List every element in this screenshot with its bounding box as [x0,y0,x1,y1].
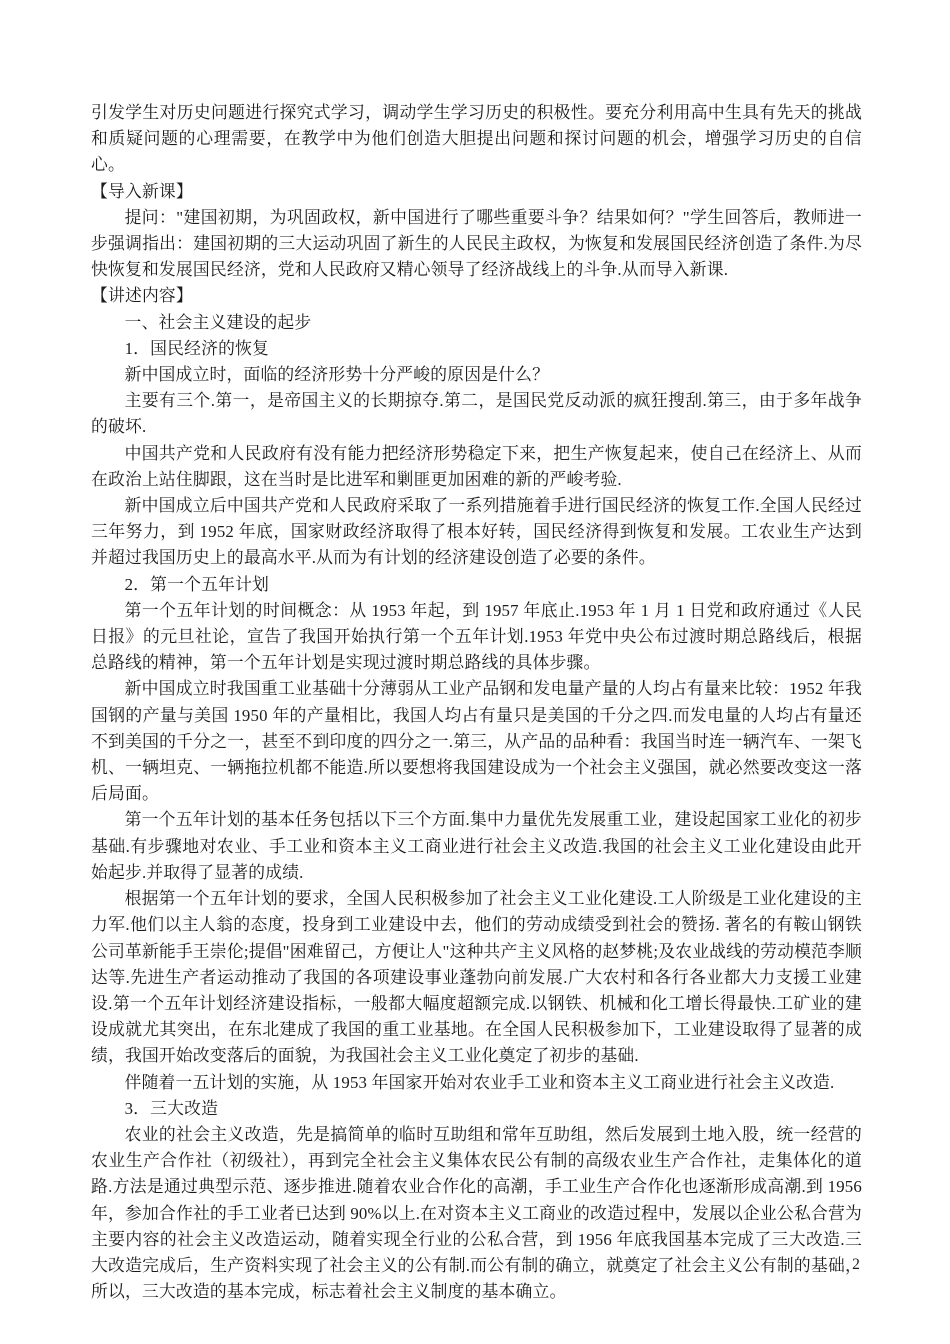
paragraph: 主要有三个.第一，是帝国主义的长期掠夺.第二，是国民党反动派的疯狂搜刮.第三，由… [91,388,862,440]
paragraph: 农业的社会主义改造，先是搞简单的临时互助组和常年互助组，然后发展到土地入股，统一… [91,1122,862,1305]
paragraph: 一、社会主义建设的起步 [91,310,862,336]
paragraph: 新中国成立后中国共产党和人民政府采取了一系列措施着手进行国民经济的恢复工作.全国… [91,493,862,572]
paragraph: 第一个五年计划的时间概念：从 1953 年起，到 1957 年底止.1953 年… [91,598,862,677]
paragraph: 提问："建国初期，为巩固政权，新中国进行了哪些重要斗争？结果如何？"学生回答后，… [91,205,862,284]
document-body: 引发学生对历史问题进行探究式学习，调动学生学习历史的积极性。要充分利用高中生具有… [91,100,862,1305]
document-page: 引发学生对历史问题进行探究式学习，调动学生学习历史的积极性。要充分利用高中生具有… [0,0,950,1344]
paragraph: 3．三大改造 [91,1096,862,1122]
paragraph: 伴随着一五计划的实施，从 1953 年国家开始对农业手工业和资本主义工商业进行社… [91,1070,862,1096]
paragraph: 中国共产党和人民政府有没有能力把经济形势稳定下来，把生产恢复起来，使自己在经济上… [91,441,862,493]
page-number: 2 [846,1255,866,1275]
paragraph: 新中国成立时，面临的经济形势十分严峻的原因是什么？ [91,362,862,388]
paragraph: 2．第一个五年计划 [91,572,862,598]
paragraph: 新中国成立时我国重工业基础十分薄弱从工业产品钢和发电量产量的人均占有量来比较：1… [91,676,862,807]
paragraph: 第一个五年计划的基本任务包括以下三个方面.集中力量优先发展重工业，建设起国家工业… [91,807,862,886]
paragraph: 1．国民经济的恢复 [91,336,862,362]
paragraph: 引发学生对历史问题进行探究式学习，调动学生学习历史的积极性。要充分利用高中生具有… [91,100,862,179]
section-heading: 【导入新课】 [91,179,862,205]
paragraph: 根据第一个五年计划的要求，全国人民积极参加了社会主义工业化建设.工人阶级是工业化… [91,886,862,1069]
section-heading: 【讲述内容】 [91,283,862,309]
